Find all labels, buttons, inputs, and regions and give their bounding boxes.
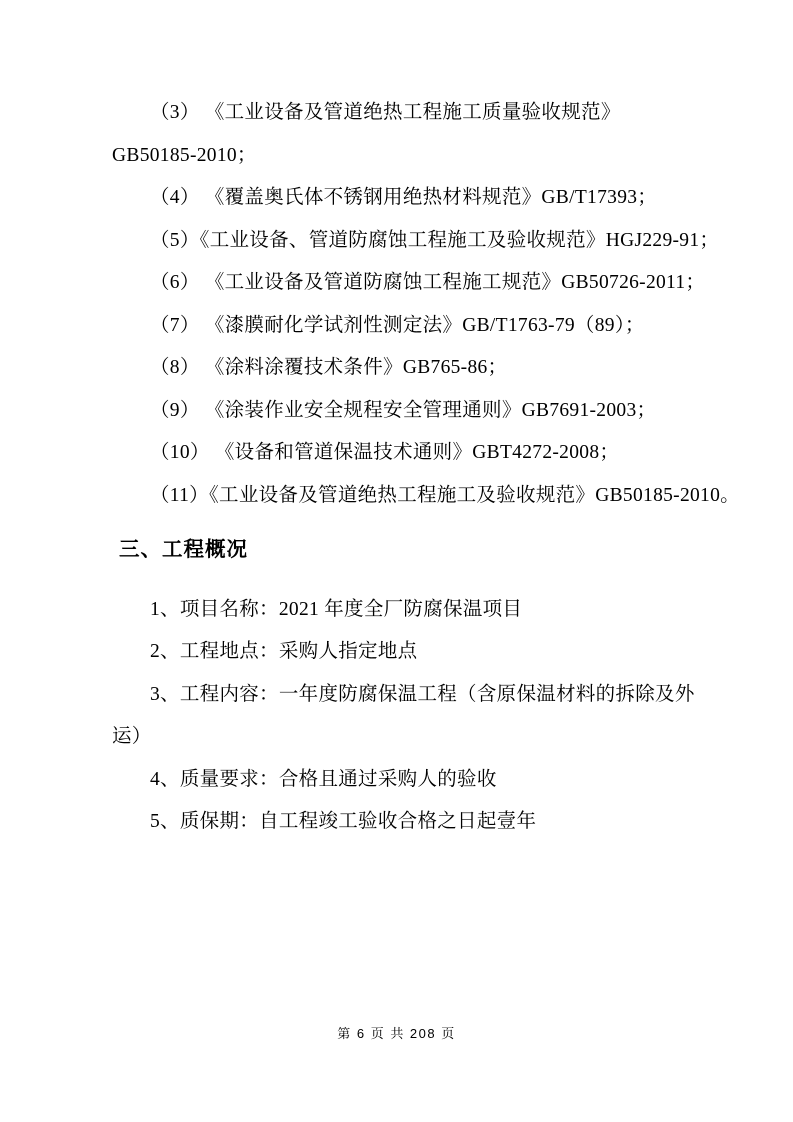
- standard-line-6: （6） 《工业设备及管道防腐蚀工程施工规范》GB50726-2011；: [112, 262, 752, 305]
- standard-line-10: （10） 《设备和管道保温技术通则》GBT4272-2008；: [112, 432, 752, 475]
- overview-item-4: 4、质量要求：合格且通过采购人的验收: [112, 759, 752, 802]
- standard-line-5: （5）《工业设备、管道防腐蚀工程施工及验收规范》HGJ229-91；: [112, 220, 752, 263]
- standard-line-4: （4） 《覆盖奥氏体不锈钢用绝热材料规范》GB/T17393；: [112, 177, 752, 220]
- overview-item-2: 2、工程地点：采购人指定地点: [112, 631, 752, 674]
- standard-line-9: （9） 《涂装作业安全规程安全管理通则》GB7691-2003；: [112, 390, 752, 433]
- standard-line-3-cont: GB50185-2010；: [112, 135, 752, 178]
- document-body: （3） 《工业设备及管道绝热工程施工质量验收规范》 GB50185-2010； …: [112, 92, 752, 844]
- overview-item-3-cont: 运）: [112, 716, 752, 759]
- standard-line-7: （7） 《漆膜耐化学试剂性测定法》GB/T1763-79（89）；: [112, 305, 752, 348]
- standard-line-11: （11）《工业设备及管道绝热工程施工及验收规范》GB50185-2010。: [112, 475, 752, 518]
- overview-item-3: 3、工程内容：一年度防腐保温工程（含原保温材料的拆除及外: [112, 674, 752, 717]
- section-heading: 三、工程概况: [119, 529, 752, 572]
- standard-line-8: （8） 《涂料涂覆技术条件》GB765-86；: [112, 347, 752, 390]
- standard-line-3: （3） 《工业设备及管道绝热工程施工质量验收规范》: [112, 92, 752, 135]
- document-page: （3） 《工业设备及管道绝热工程施工质量验收规范》 GB50185-2010； …: [0, 0, 793, 1122]
- overview-item-1: 1、项目名称：2021 年度全厂防腐保温项目: [112, 589, 752, 632]
- overview-item-5: 5、质保期：自工程竣工验收合格之日起壹年: [112, 801, 752, 844]
- page-footer: 第 6 页 共 208 页: [0, 1024, 793, 1044]
